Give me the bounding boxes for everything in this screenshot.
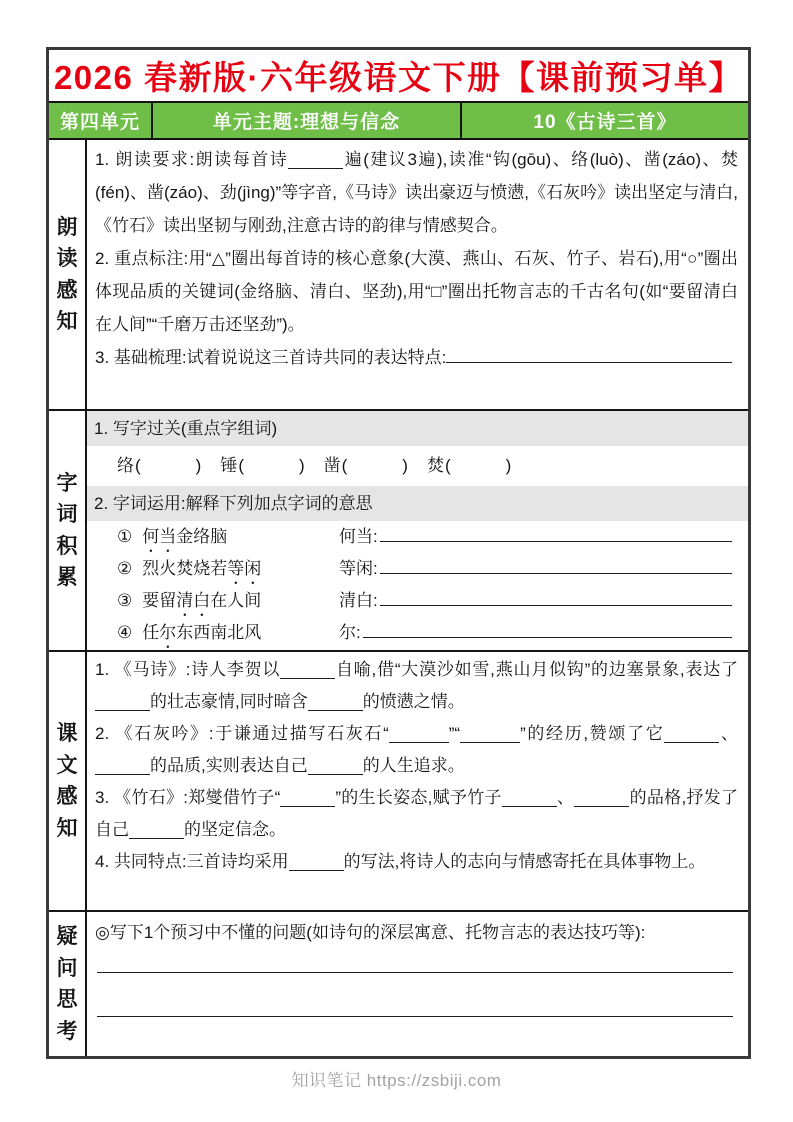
words-heading-2: 2. 字词运用:解释下列加点字词的意思 [87, 486, 748, 521]
text-run: 4. 共同特点:三首诗均采用 [95, 852, 289, 871]
text-run: ”的生长姿态,赋予竹子 [335, 788, 501, 807]
text-run: 3. 《竹石》:郑燮借竹子“ [95, 788, 280, 807]
definition-label: 尔: [339, 617, 361, 649]
section-label-words: 字词积累 [49, 411, 87, 650]
reading-item-1: 1. 朗读要求:朗读每首诗遍(建议3遍),读准“钩(gōu)、络(luò)、凿(… [87, 143, 748, 242]
text-run: 、 [557, 788, 575, 807]
fill-blank[interactable] [95, 758, 150, 775]
character-practice-row[interactable]: 络( ) 锤( ) 凿( ) 焚( ) [87, 446, 748, 486]
section-reading-perception: 朗读感知 1. 朗读要求:朗读每首诗遍(建议3遍),读准“钩(gōu)、络(lu… [49, 140, 748, 411]
section-label-text-perception: 课文感知 [49, 652, 87, 910]
circled-number: ② [117, 559, 132, 578]
reading-item-3: 3. 基础梳理:试着说说这三首诗共同的表达特点: [87, 341, 748, 374]
fill-blank[interactable] [446, 346, 732, 363]
text-run: ”“ [449, 724, 460, 743]
text-run: 2. 《石灰吟》:于谦通过描写石灰石“ [95, 724, 389, 743]
text-run: 1. 朗读要求:朗读每首诗 [95, 150, 288, 169]
poem-item-3: 3. 《竹石》:郑燮借竹子“”的生长姿态,赋予竹子、的品格,抒发了自己的坚定信念… [87, 782, 748, 846]
writing-line[interactable] [97, 949, 733, 973]
emphasized-word: 何当 [142, 527, 176, 546]
circled-number: ④ [117, 623, 132, 642]
section-label-text: 朗读感知 [56, 212, 78, 338]
fill-blank[interactable] [289, 854, 344, 871]
vocab-phrase: ①何当金络脑 [117, 521, 339, 556]
section-label-question: 疑问思考 [49, 912, 87, 1056]
page-title: 2026 春新版·六年级语文下册【课前预习单】 [49, 50, 748, 103]
unit-theme-cell: 单元主题:理想与信念 [153, 103, 462, 138]
fill-blank[interactable] [380, 525, 732, 542]
text-run: ◎写下1个预习中不懂的问题(如诗句的深层寓意、托物言志的表达技巧等): [95, 923, 645, 942]
fill-blank[interactable] [363, 621, 732, 638]
poem-item-2: 2. 《石灰吟》:于谦通过描写石灰石“”“”的经历,赞颂了它、的品质,实则表达自… [87, 718, 748, 782]
text-run: 东西南北风 [176, 623, 261, 642]
fill-blank[interactable] [308, 758, 363, 775]
circled-number: ① [117, 527, 132, 546]
fill-blank[interactable] [280, 790, 335, 807]
lesson-title-cell: 10《古诗三首》 [462, 103, 748, 138]
text-run: 3. 基础梳理:试着说说这三首诗共同的表达特点: [95, 341, 446, 374]
vocab-phrase: ③要留清白在人间 [117, 585, 339, 620]
text-run: ”的经历,赞颂了它 [520, 724, 664, 743]
fill-blank[interactable] [389, 726, 449, 743]
text-run: 自喻,借“大漠沙如雪,燕山月似钩”的边塞景象,表达了 [335, 660, 738, 679]
fill-blank[interactable] [380, 589, 732, 606]
text-run: 的人生追求。 [363, 756, 465, 775]
reading-item-2: 2. 重点标注:用“△”圈出每首诗的核心意象(大漠、燕山、石灰、竹子、岩石),用… [87, 242, 748, 341]
words-content: 1. 写字过关(重点字组词) 络( ) 锤( ) 凿( ) 焚( ) 2. 字词… [87, 411, 748, 650]
fill-blank[interactable] [502, 790, 557, 807]
text-run: 2. 重点标注:用“△”圈出每首诗的核心意象(大漠、燕山、石灰、竹子、岩石),用… [95, 249, 738, 334]
section-question-thinking: 疑问思考 ◎写下1个预习中不懂的问题(如诗句的深层寓意、托物言志的表达技巧等): [49, 912, 748, 1056]
fill-blank[interactable] [95, 694, 150, 711]
section-label-text: 课文感知 [56, 718, 78, 844]
text-run: 的壮志豪情,同时暗含 [150, 692, 308, 711]
fill-blank[interactable] [129, 822, 184, 839]
writing-line[interactable] [97, 973, 733, 1017]
emphasized-word: 清白 [176, 591, 210, 610]
section-label-reading: 朗读感知 [49, 140, 87, 409]
question-content: ◎写下1个预习中不懂的问题(如诗句的深层寓意、托物言志的表达技巧等): [87, 912, 748, 1056]
text-run: 要留 [142, 591, 176, 610]
section-text-perception: 课文感知 1. 《马诗》:诗人李贺以自喻,借“大漠沙如雪,燕山月似钩”的边塞景象… [49, 652, 748, 912]
fill-blank[interactable] [460, 726, 520, 743]
text-run: 的坚定信念。 [184, 820, 286, 839]
question-prompt: ◎写下1个预习中不懂的问题(如诗句的深层寓意、托物言志的表达技巧等): [87, 916, 748, 949]
unit-header-row: 第四单元 单元主题:理想与信念 10《古诗三首》 [49, 103, 748, 140]
text-run: 的品质,实则表达自己 [150, 756, 308, 775]
text-run: 的写法,将诗人的志向与情感寄托在具体事物上。 [344, 852, 706, 871]
definition-label: 等闲: [339, 553, 378, 585]
words-heading-1: 1. 写字过关(重点字组词) [87, 411, 748, 446]
text-perception-content: 1. 《马诗》:诗人李贺以自喻,借“大漠沙如雪,燕山月似钩”的边塞景象,表达了的… [87, 652, 748, 910]
text-run: 任 [142, 623, 159, 642]
vocab-phrase: ④任尔东西南北风 [117, 617, 339, 652]
definition-label: 何当: [339, 521, 378, 553]
fill-blank[interactable] [280, 662, 335, 679]
vocab-phrase: ②烈火焚烧若等闲 [117, 553, 339, 588]
text-run: 烈火焚烧若 [142, 559, 227, 578]
text-run: 1. 《马诗》:诗人李贺以 [95, 660, 280, 679]
section-label-text: 疑问思考 [56, 921, 78, 1047]
unit-number-cell: 第四单元 [49, 103, 153, 138]
text-run: 在人间 [210, 591, 261, 610]
emphasized-word: 尔 [159, 623, 176, 642]
vocab-row-1: ①何当金络脑 何当: [87, 521, 748, 553]
emphasized-word: 等闲 [227, 559, 261, 578]
footer-watermark: 知识笔记 https://zsbiji.com [0, 1066, 793, 1091]
section-words-accumulation: 字词积累 1. 写字过关(重点字组词) 络( ) 锤( ) 凿( ) 焚( ) … [49, 411, 748, 652]
text-run: 、 [719, 724, 738, 743]
fill-blank[interactable] [380, 557, 732, 574]
circled-number: ③ [117, 591, 132, 610]
poem-item-4: 4. 共同特点:三首诗均采用的写法,将诗人的志向与情感寄托在具体事物上。 [87, 846, 748, 878]
fill-blank[interactable] [288, 152, 343, 169]
vocab-row-4: ④任尔东西南北风 尔: [87, 617, 748, 649]
poem-item-1: 1. 《马诗》:诗人李贺以自喻,借“大漠沙如雪,燕山月似钩”的边塞景象,表达了的… [87, 654, 748, 718]
reading-content: 1. 朗读要求:朗读每首诗遍(建议3遍),读准“钩(gōu)、络(luò)、凿(… [87, 140, 748, 409]
fill-blank[interactable] [308, 694, 363, 711]
fill-blank[interactable] [574, 790, 629, 807]
definition-label: 清白: [339, 585, 378, 617]
fill-blank[interactable] [664, 726, 719, 743]
text-run: 的愤懑之情。 [363, 692, 465, 711]
vocab-row-2: ②烈火焚烧若等闲 等闲: [87, 553, 748, 585]
text-run: 金络脑 [176, 527, 227, 546]
vocab-row-3: ③要留清白在人间 清白: [87, 585, 748, 617]
section-label-text: 字词积累 [56, 468, 78, 594]
worksheet-sheet: 2026 春新版·六年级语文下册【课前预习单】 第四单元 单元主题:理想与信念 … [46, 47, 751, 1059]
